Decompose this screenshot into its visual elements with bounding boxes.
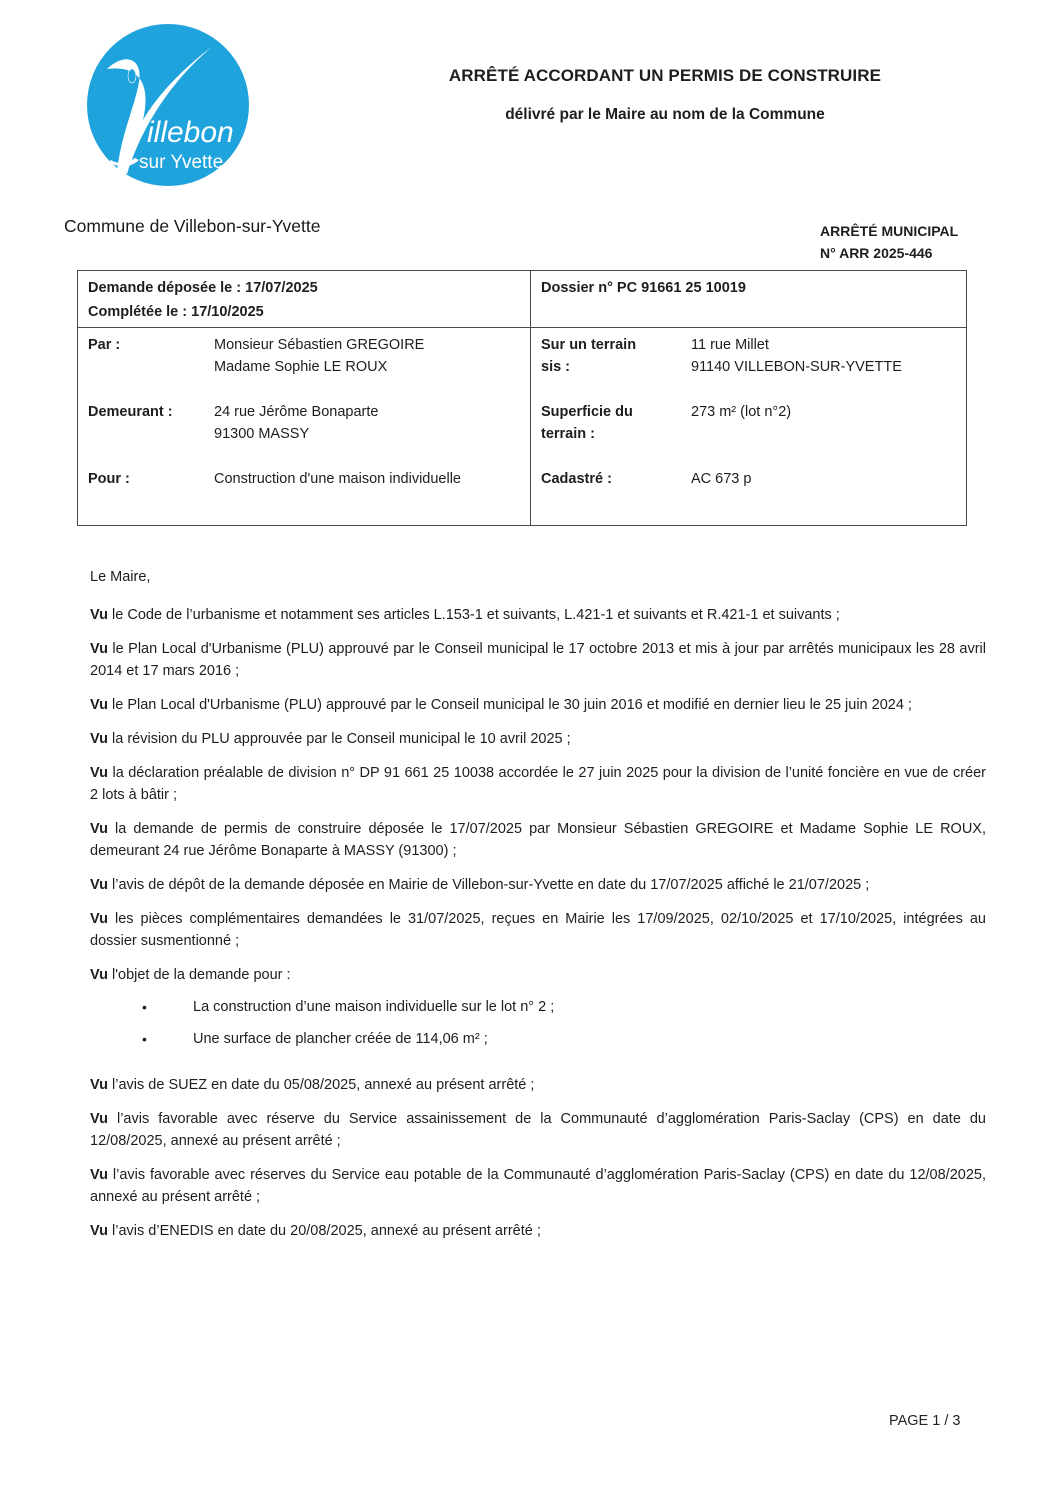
field-label: Pour : bbox=[88, 468, 214, 490]
request-dates-cell: Demande déposée le : 17/07/2025 Complété… bbox=[78, 271, 531, 328]
vu-text: les pièces complémentaires demandées le … bbox=[90, 911, 986, 949]
vu-paragraph: Vu la déclaration préalable de division … bbox=[90, 762, 986, 806]
vu-keyword: Vu bbox=[90, 911, 108, 927]
field-value: AC 673 p bbox=[691, 468, 751, 490]
villebon-logo: illebon sur Yvette bbox=[87, 24, 249, 186]
vu-text: le Plan Local d'Urbanisme (PLU) approuvé… bbox=[90, 641, 986, 679]
vu-paragraph: Vu les pièces complémentaires demandées … bbox=[90, 908, 986, 952]
field-par: Par : Monsieur Sébastien GREGOIRE Madame… bbox=[88, 334, 522, 378]
list-item: •La construction d’une maison individuel… bbox=[90, 996, 986, 1018]
vu-keyword: Vu bbox=[90, 765, 108, 781]
request-object-list: •La construction d’une maison individuel… bbox=[90, 996, 986, 1050]
vu-paragraph: Vu l’avis favorable avec réserve du Serv… bbox=[90, 1108, 986, 1152]
label-line: terrain : bbox=[541, 423, 691, 445]
field-value: Construction d'une maison individuelle bbox=[214, 468, 461, 490]
vu-paragraph: Vu le Plan Local d'Urbanisme (PLU) appro… bbox=[90, 638, 986, 682]
logo-graphic: illebon sur Yvette bbox=[87, 24, 249, 186]
field-pour: Pour : Construction d'une maison individ… bbox=[88, 468, 522, 490]
address-line-2: 91300 MASSY bbox=[214, 423, 378, 445]
vu-paragraph: Vu le Plan Local d'Urbanisme (PLU) appro… bbox=[90, 694, 986, 716]
document-body: Le Maire, Vu le Code de l’urbanisme et n… bbox=[90, 566, 986, 1254]
field-label: Superficie du terrain : bbox=[541, 401, 691, 445]
field-value: 24 rue Jérôme Bonaparte 91300 MASSY bbox=[214, 401, 378, 445]
vu-text: l’avis de dépôt de la demande déposée en… bbox=[108, 877, 869, 893]
vu-text: l'objet de la demande pour : bbox=[108, 967, 291, 983]
arrete-label: ARRÊTÉ MUNICIPAL bbox=[820, 220, 958, 242]
field-label: Demeurant : bbox=[88, 401, 214, 445]
page-number: PAGE 1 / 3 bbox=[889, 1413, 960, 1429]
vu-text: la déclaration préalable de division n° … bbox=[90, 765, 986, 803]
vu-paragraph: Vu l’avis d’ENEDIS en date du 20/08/2025… bbox=[90, 1220, 986, 1242]
vu-text: l’avis favorable avec réserves du Servic… bbox=[90, 1167, 986, 1205]
land-area: 273 m² (lot n°2) bbox=[691, 401, 791, 423]
demande-deposee: Demande déposée le : 17/07/2025 bbox=[88, 276, 520, 300]
address-line-1: 24 rue Jérôme Bonaparte bbox=[214, 401, 378, 423]
field-superficie: Superficie du terrain : 273 m² (lot n°2) bbox=[541, 401, 958, 445]
list-item: •Une surface de plancher créée de 114,06… bbox=[90, 1028, 986, 1050]
label-line: sis : bbox=[541, 356, 691, 378]
land-address-1: 11 rue Millet bbox=[691, 334, 902, 356]
considerations-list-b: Vu l’avis de SUEZ en date du 05/08/2025,… bbox=[90, 1074, 986, 1242]
bullet-icon: • bbox=[90, 996, 193, 1018]
field-value: 11 rue Millet 91140 VILLEBON-SUR-YVETTE bbox=[691, 334, 902, 378]
dossier-number: Dossier n° PC 91661 25 10019 bbox=[541, 276, 956, 300]
vu-keyword: Vu bbox=[90, 731, 108, 747]
considerations-list-a: Vu le Code de l’urbanisme et notamment s… bbox=[90, 604, 986, 986]
field-label: Par : bbox=[88, 334, 214, 378]
land-cell: Sur un terrain sis : 11 rue Millet 91140… bbox=[531, 328, 967, 526]
field-value: Monsieur Sébastien GREGOIRE Madame Sophi… bbox=[214, 334, 424, 378]
vu-keyword: Vu bbox=[90, 1223, 108, 1239]
vu-paragraph: Vu l’avis favorable avec réserves du Ser… bbox=[90, 1164, 986, 1208]
vu-text: l’avis favorable avec réserve du Service… bbox=[90, 1111, 986, 1149]
cadastre-ref: AC 673 p bbox=[691, 468, 751, 490]
vu-paragraph: Vu l’avis de dépôt de la demande déposée… bbox=[90, 874, 986, 896]
field-value: 273 m² (lot n°2) bbox=[691, 401, 791, 445]
vu-keyword: Vu bbox=[90, 697, 108, 713]
commune-name: Commune de Villebon-sur-Yvette bbox=[64, 216, 320, 237]
field-terrain: Sur un terrain sis : 11 rue Millet 91140… bbox=[541, 334, 958, 378]
vu-keyword: Vu bbox=[90, 1167, 108, 1183]
completee-le: Complétée le : 17/10/2025 bbox=[88, 300, 520, 324]
vu-keyword: Vu bbox=[90, 967, 108, 983]
vu-text: le Plan Local d'Urbanisme (PLU) approuvé… bbox=[108, 697, 912, 713]
vu-paragraph: Vu l'objet de la demande pour : bbox=[90, 964, 986, 986]
applicant-1: Monsieur Sébastien GREGOIRE bbox=[214, 334, 424, 356]
land-address-2: 91140 VILLEBON-SUR-YVETTE bbox=[691, 356, 902, 378]
vu-keyword: Vu bbox=[90, 1077, 108, 1093]
applicant-cell: Par : Monsieur Sébastien GREGOIRE Madame… bbox=[78, 328, 531, 526]
vu-keyword: Vu bbox=[90, 821, 108, 837]
arrete-reference: ARRÊTÉ MUNICIPAL N° ARR 2025-446 bbox=[820, 220, 958, 264]
logo-text-sur-yvette: sur Yvette bbox=[139, 152, 223, 173]
field-label: Sur un terrain sis : bbox=[541, 334, 691, 378]
list-item-text: La construction d’une maison individuell… bbox=[193, 996, 554, 1018]
permit-info-table: Demande déposée le : 17/07/2025 Complété… bbox=[77, 270, 967, 526]
label-line: Cadastré : bbox=[541, 468, 691, 490]
project-purpose: Construction d'une maison individuelle bbox=[214, 468, 461, 490]
document-subtitle: délivré par le Maire au nom de la Commun… bbox=[400, 106, 930, 124]
vu-keyword: Vu bbox=[90, 607, 108, 623]
bullet-icon: • bbox=[90, 1028, 193, 1050]
field-cadastre: Cadastré : AC 673 p bbox=[541, 468, 958, 490]
vu-paragraph: Vu la demande de permis de construire dé… bbox=[90, 818, 986, 862]
label-line: Superficie du bbox=[541, 401, 691, 423]
vu-text: le Code de l’urbanisme et notamment ses … bbox=[108, 607, 840, 623]
vu-text: l’avis de SUEZ en date du 05/08/2025, an… bbox=[108, 1077, 534, 1093]
vu-keyword: Vu bbox=[90, 877, 108, 893]
vu-paragraph: Vu la révision du PLU approuvée par le C… bbox=[90, 728, 986, 750]
vu-text: l’avis d’ENEDIS en date du 20/08/2025, a… bbox=[108, 1223, 541, 1239]
vu-text: la révision du PLU approuvée par le Cons… bbox=[108, 731, 571, 747]
list-item-text: Une surface de plancher créée de 114,06 … bbox=[193, 1028, 488, 1050]
intro-line: Le Maire, bbox=[90, 566, 986, 588]
logo-text-villebon: illebon bbox=[147, 116, 234, 149]
vu-paragraph: Vu l’avis de SUEZ en date du 05/08/2025,… bbox=[90, 1074, 986, 1096]
dossier-cell: Dossier n° PC 91661 25 10019 bbox=[531, 271, 967, 328]
field-label: Cadastré : bbox=[541, 468, 691, 490]
vu-text: la demande de permis de construire dépos… bbox=[90, 821, 986, 859]
label-line: Sur un terrain bbox=[541, 334, 691, 356]
field-demeurant: Demeurant : 24 rue Jérôme Bonaparte 9130… bbox=[88, 401, 522, 445]
vu-keyword: Vu bbox=[90, 1111, 108, 1127]
vu-paragraph: Vu le Code de l’urbanisme et notamment s… bbox=[90, 604, 986, 626]
arrete-number: N° ARR 2025-446 bbox=[820, 242, 958, 264]
applicant-2: Madame Sophie LE ROUX bbox=[214, 356, 424, 378]
document-title: ARRÊTÉ ACCORDANT UN PERMIS DE CONSTRUIRE bbox=[400, 66, 930, 86]
vu-keyword: Vu bbox=[90, 641, 108, 657]
